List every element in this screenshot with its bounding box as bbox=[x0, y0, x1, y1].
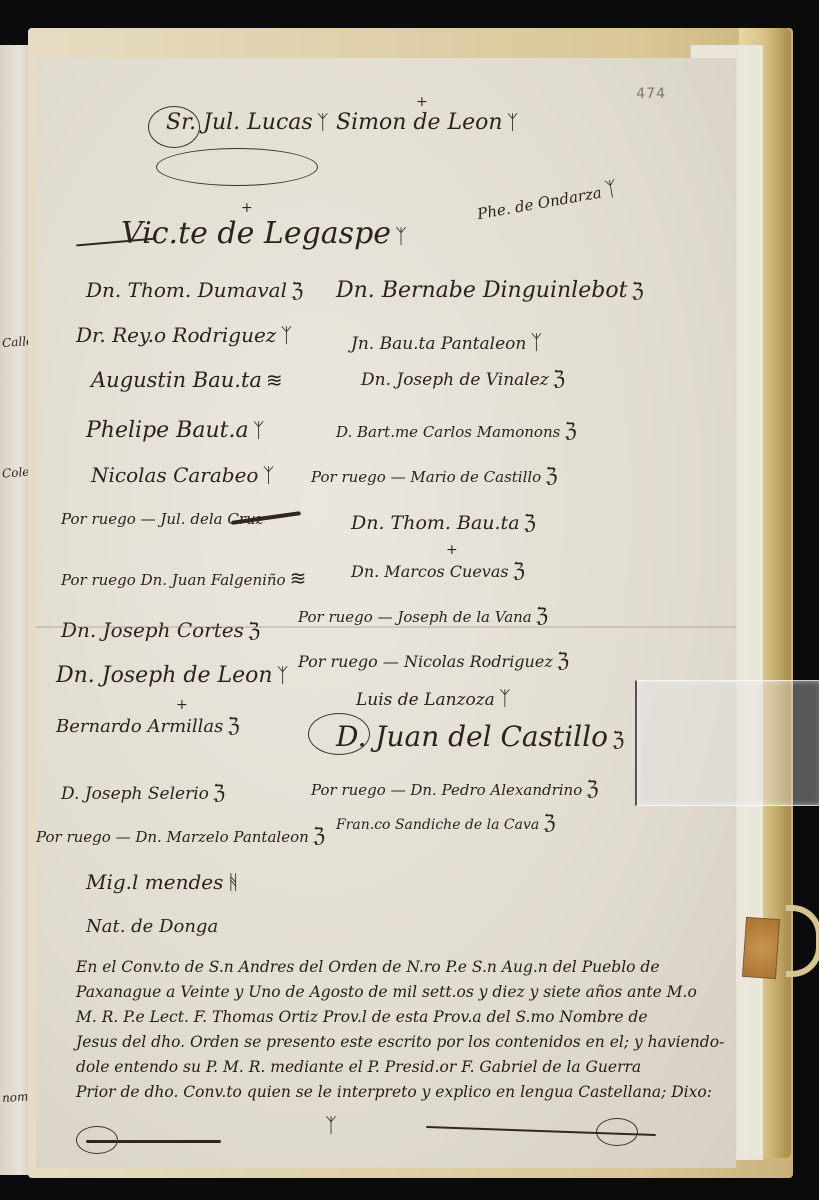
decree-text: En el Conv.to de S.n Andres del Orden de… bbox=[76, 955, 716, 1105]
signature-text: Fran.co Sandiche de la Cava bbox=[336, 817, 539, 833]
signature: Dn. Joseph de Vinalezℨ bbox=[361, 366, 565, 390]
signature-text: D. Juan del Castillo bbox=[336, 720, 608, 753]
folio-number: 474 bbox=[636, 86, 666, 102]
rubric-mark-icon: ≋ bbox=[290, 566, 307, 590]
cross-mark-icon: + bbox=[176, 697, 188, 713]
decree-line: Prior de dho. Conv.to quien se le interp… bbox=[76, 1080, 716, 1105]
rubric-mark-icon: ᛉ bbox=[507, 110, 519, 134]
signature-text: Luis de Lanzoza bbox=[356, 690, 495, 710]
signature: Por ruego — Mario de Castilloℨ bbox=[311, 463, 558, 487]
rubric-mark-icon: ᛉ bbox=[280, 323, 292, 347]
signature-text: Por ruego — Joseph de la Vana bbox=[298, 608, 532, 626]
manuscript-page: 474 Sr. Jul. Lucasᛉ + Simon de Leonᛉ Phe… bbox=[36, 58, 736, 1168]
rubric-mark-icon: ℨ bbox=[536, 603, 548, 627]
signature-text: Augustin Bau.ta bbox=[91, 368, 262, 392]
rubric-mark-icon: ᛉ bbox=[395, 224, 407, 248]
signature-text: Nicolas Carabeo bbox=[91, 463, 258, 487]
signature: Dr. Rey.o Rodriguezᛉ bbox=[76, 323, 292, 347]
rubric-mark-icon: ᛉ bbox=[603, 176, 619, 202]
signature-text: Nat. de Donga bbox=[86, 916, 218, 937]
signature: D. Bart.me Carlos Mamononsℨ bbox=[336, 418, 577, 442]
rubric-mark-icon: ℨ bbox=[553, 366, 565, 390]
signature: +Dn. Marcos Cuevasℨ bbox=[351, 558, 525, 582]
signature: Dn. Joseph Cortesℨ bbox=[61, 618, 260, 642]
signature-text: Por ruego — Jul. dela Cruz bbox=[61, 510, 264, 528]
cross-mark-icon: + bbox=[446, 542, 458, 558]
signature: Dn. Bernabe Dinguinlebotℨ bbox=[336, 278, 644, 303]
closing-rubric: ᛉ bbox=[321, 1113, 337, 1137]
vellum-tie bbox=[786, 905, 819, 977]
closing-flourish-loop bbox=[76, 1126, 118, 1154]
signature: Por ruego — Jul. dela Cruz bbox=[61, 510, 264, 528]
leather-clasp bbox=[742, 917, 780, 979]
rubric-mark-icon: ᛉ bbox=[262, 463, 274, 487]
signature-text: Dr. Rey.o Rodriguez bbox=[76, 323, 276, 347]
cross-mark-icon: + bbox=[416, 94, 428, 110]
rubric-mark-icon: ℨ bbox=[543, 810, 555, 834]
rubric-mark-icon: ℨ bbox=[513, 558, 525, 582]
signature: Dn. Joseph de Leonᛉ bbox=[56, 663, 289, 688]
rubric-mark-icon: ᛉ bbox=[277, 663, 289, 687]
rubric-mark-icon: ᛉ bbox=[530, 330, 542, 354]
rubric-mark-icon: ≋ bbox=[266, 368, 283, 392]
signature: Phe. de Ondarzaᛉ bbox=[475, 176, 619, 224]
signature: Phelipe Baut.aᛉ bbox=[86, 418, 265, 443]
signature: D. Joseph Selerioℨ bbox=[61, 780, 225, 804]
signature: Jn. Bau.ta Pantaleonᛉ bbox=[351, 330, 542, 354]
flourish-loop bbox=[156, 148, 318, 186]
signature-text: Vic.te de Legaspe bbox=[121, 216, 391, 251]
signature: Fran.co Sandiche de la Cavaℨ bbox=[336, 810, 556, 834]
signature-text: Por ruego — Mario de Castillo bbox=[311, 468, 541, 486]
signature-text: Mig.l mendes bbox=[86, 870, 223, 894]
closing-flourish-loop bbox=[596, 1118, 638, 1146]
signature-text: Simon de Leon bbox=[336, 110, 503, 135]
decree-line: En el Conv.to de S.n Andres del Orden de… bbox=[76, 955, 716, 980]
signature: Por ruego — Dn. Marzelo Pantaleonℨ bbox=[36, 823, 325, 847]
rubric-mark-icon: ℨ bbox=[227, 713, 239, 737]
signature-text: Dn. Joseph de Vinalez bbox=[361, 370, 549, 390]
signature: Nicolas Carabeoᛉ bbox=[91, 463, 274, 487]
signature: + Vic.te de Legaspeᛉ bbox=[121, 216, 407, 251]
signature: Por ruego Dn. Juan Falgeniño≋ bbox=[61, 566, 306, 590]
rubric-mark-icon: ᛉ bbox=[317, 110, 329, 134]
signature: Luis de Lanzozaᛉ bbox=[356, 686, 511, 710]
rubric-mark-icon: ℨ bbox=[564, 418, 576, 442]
signature: Por ruego — Dn. Pedro Alexandrinoℨ bbox=[311, 776, 599, 800]
signature: Augustin Bau.ta≋ bbox=[91, 368, 283, 392]
signature-text: Dn. Thom. Dumaval bbox=[86, 278, 287, 302]
signature-text: D. Bart.me Carlos Mamonons bbox=[336, 423, 560, 441]
signature-text: Dn. Marcos Cuevas bbox=[351, 562, 509, 581]
signature-text: Dn. Thom. Bau.ta bbox=[351, 512, 520, 534]
rubric-mark-icon: ℨ bbox=[612, 727, 624, 751]
signature: Dn. Thom. Dumavalℨ bbox=[86, 278, 303, 302]
rubric-mark-icon: ℨ bbox=[524, 510, 536, 534]
signature: Por ruego — Joseph de la Vanaℨ bbox=[298, 603, 548, 627]
rubric-mark-icon: ℨ bbox=[586, 776, 598, 800]
glass-slide-weight bbox=[635, 680, 819, 806]
rubric-mark-icon: ℨ bbox=[248, 618, 260, 642]
rubric-mark-icon: ᛉ bbox=[499, 686, 511, 710]
signature: Mig.l mendesᚻ bbox=[86, 870, 239, 894]
signature-text: Por ruego — Nicolas Rodriguez bbox=[298, 652, 553, 671]
signature-text: Jn. Bau.ta Pantaleon bbox=[351, 334, 526, 354]
rubric-mark-icon: ᛉ bbox=[253, 418, 265, 442]
signature: +Bernardo Armillasℨ bbox=[56, 713, 240, 737]
rubric-mark-icon: ℨ bbox=[545, 463, 557, 487]
rubric-mark-icon: ℨ bbox=[313, 823, 325, 847]
decree-line: M. R. P.e Lect. F. Thomas Ortiz Prov.l d… bbox=[76, 1005, 716, 1030]
signature: Nat. de Donga bbox=[86, 916, 218, 937]
rubric-mark-icon: ℨ bbox=[557, 648, 569, 672]
rubric-mark-icon: ℨ bbox=[631, 278, 643, 302]
decree-line: Paxanague a Veinte y Uno de Agosto de mi… bbox=[76, 980, 716, 1005]
signature-text: Sr. Jul. Lucas bbox=[166, 110, 313, 135]
signature-text: Dn. Joseph de Leon bbox=[56, 663, 273, 688]
signature-text: Bernardo Armillas bbox=[56, 716, 223, 737]
signature: Por ruego — Nicolas Rodriguezℨ bbox=[298, 648, 569, 672]
signature-text: Phe. de Ondarza bbox=[476, 184, 603, 224]
rubric-mark-icon: ℨ bbox=[213, 780, 225, 804]
rubric-mark-icon: ᚻ bbox=[227, 870, 239, 894]
signature: Sr. Jul. Lucasᛉ bbox=[166, 110, 329, 135]
signature-text: D. Joseph Selerio bbox=[61, 784, 209, 804]
rubric-mark-icon: ℨ bbox=[291, 278, 303, 302]
decree-line: dole entendo su P. M. R. mediante el P. … bbox=[76, 1055, 716, 1080]
cross-mark-icon: + bbox=[241, 200, 253, 216]
signature: Dn. Thom. Bau.taℨ bbox=[351, 510, 536, 534]
decree-line: Jesus del dho. Orden se presento este es… bbox=[76, 1030, 716, 1055]
signature-text: Por ruego Dn. Juan Falgeniño bbox=[61, 571, 286, 589]
signature-text: Phelipe Baut.a bbox=[86, 418, 249, 443]
signature-text: Dn. Joseph Cortes bbox=[61, 618, 244, 642]
rubric-mark-icon: ᛉ bbox=[325, 1113, 337, 1137]
signature-text: Por ruego — Dn. Pedro Alexandrino bbox=[311, 781, 582, 799]
signature-text: Dn. Bernabe Dinguinlebot bbox=[336, 278, 627, 303]
signature: + Simon de Leonᛉ bbox=[336, 110, 519, 135]
signature: D. Juan del Castilloℨ bbox=[336, 720, 624, 753]
signature-text: Por ruego — Dn. Marzelo Pantaleon bbox=[36, 828, 309, 846]
